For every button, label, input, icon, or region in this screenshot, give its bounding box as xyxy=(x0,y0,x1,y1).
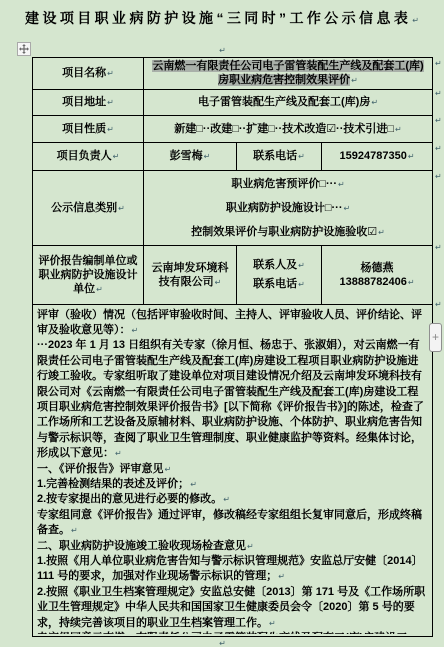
side-plus-button[interactable]: + xyxy=(429,323,442,352)
empty-paragraph-top: ↵ xyxy=(0,40,444,58)
paragraph-mark-icon: ↵ xyxy=(107,125,114,134)
category-option: 职业病危害预评价□···↵ xyxy=(148,172,428,196)
review-paragraph-text: 二、职业病防护设施竣工验收现场检查意见 xyxy=(37,540,246,552)
review-paragraph: 1.完善检测结果的表述及评价；↵ xyxy=(37,477,428,492)
paragraph-mark-icon: ↵ xyxy=(215,278,222,287)
project-name-label: 项目名称 xyxy=(62,67,106,79)
review-paragraph-text: ···2023 年 1 月 13 日组织有关专家（徐月恒、杨忠于、张淑娟），对云… xyxy=(37,339,424,459)
paragraph-mark-icon: ↵ xyxy=(435,144,442,153)
paragraph-mark-icon: ↵ xyxy=(115,449,122,458)
review-paragraph-text: 专家组同意《评价报告》通过评审，修改稿经专家组组长复审同意后，形成终稿备查。 xyxy=(37,509,422,536)
paragraph-mark-icon: ↵ xyxy=(190,480,197,489)
review-paragraph: 2.按照《职业卫生档案管理规定》安监总安健〔2013〕第 171 号及《工作场所… xyxy=(37,585,428,631)
paragraph-mark-icon: ↵ xyxy=(132,326,139,335)
report-unit-label-cell: 评价报告编制单位或职业病防护设施设计单位↵ xyxy=(33,246,144,305)
review-paragraph: ···2023 年 1 月 13 日组织有关专家（徐月恒、杨忠于、张淑娟），对云… xyxy=(37,338,428,461)
review-paragraph: 2.按专家提出的意见进行必要的修改。↵ xyxy=(37,492,428,507)
row-project-name: 项目名称↵ 云南燃一有限责任公司电子雷管装配生产线及配套工(库)房职业病危害控制… xyxy=(33,58,433,90)
paragraph-mark-icon: ↵ xyxy=(165,465,172,474)
project-leader-name-cell: 彭雪梅↵ xyxy=(144,143,237,171)
review-paragraph-text: 1.按照《用人单位职业病危害告知与警示标识管理规范》安监总厅安健〔2014〕11… xyxy=(37,555,423,582)
project-name-label-cell: 项目名称↵ xyxy=(33,58,144,90)
paragraph-mark-icon: ↵ xyxy=(343,204,350,213)
review-paragraph: 二、职业病防护设施竣工验收现场检查意见↵ xyxy=(37,539,428,554)
paragraph-mark-icon: ↵ xyxy=(298,280,305,289)
review-paragraph-text: 评审（验收）情况（包括评审验收时间、主持人、评审验收人员、评价结论、评审及验收意… xyxy=(37,309,422,336)
move-arrows-icon xyxy=(19,44,29,54)
paragraph-mark-icon: ↵ xyxy=(113,152,120,161)
paragraph-mark-icon: ↵ xyxy=(351,76,358,85)
paragraph-mark-icon: ↵ xyxy=(298,152,305,161)
project-leader-label-cell: 项目负责人↵ xyxy=(33,143,144,171)
paragraph-mark-icon: ↵ xyxy=(371,98,378,107)
phone-value: 15924787350 xyxy=(340,150,407,162)
review-paragraph-text: 1.完善检测结果的表述及评价； xyxy=(37,478,189,490)
row-project-address: 项目地址↵ 电子雷管装配生产线及配套工(库)房↵ xyxy=(33,90,433,116)
row-review-section: 评审（验收）情况（包括评审验收时间、主持人、评审验收人员、评价结论、评审及验收意… xyxy=(33,305,433,637)
paragraph-mark-icon: ↵ xyxy=(338,180,345,189)
category-options-list: 职业病危害预评价□···↵职业病防护设施设计□···↵控制效果评价与职业病防护设… xyxy=(148,172,428,244)
row-project-nature: 项目性质↵ 新建□··改建□··扩建□··技术改造☑··技术引进□↵ xyxy=(33,116,433,143)
phone-label: 联系电话 xyxy=(253,150,297,162)
title-text: 建设项目职业病防护设施“三同时”工作公示信息表 xyxy=(25,10,411,26)
paragraph-mark-icon: ↵ xyxy=(269,619,276,628)
paragraph-mark-icon: ↵ xyxy=(278,572,285,581)
paragraph-mark-icon: ↵ xyxy=(219,639,226,647)
report-unit-org-cell: 云南坤发环境科技有限公司↵ xyxy=(144,246,237,305)
project-address-value: 电子雷管装配生产线及配套工(库)房 xyxy=(198,96,370,108)
review-section-cell: 评审（验收）情况（包括评审验收时间、主持人、评审验收人员、评价结论、评审及验收意… xyxy=(33,305,433,637)
paragraph-mark-icon: ↵ xyxy=(435,300,442,309)
project-leader-label: 项目负责人 xyxy=(57,150,112,162)
paragraph-mark-icon: ↵ xyxy=(435,89,442,98)
review-paragraphs: 评审（验收）情况（包括评审验收时间、主持人、评审验收人员、评价结论、评审及验收意… xyxy=(37,308,428,634)
report-unit-label: 评价报告编制单位或职业病防护设施设计单位 xyxy=(39,255,138,295)
table-move-handle[interactable] xyxy=(17,42,31,56)
paragraph-mark-icon: ↵ xyxy=(71,526,78,535)
project-leader-name: 彭雪梅 xyxy=(170,150,203,162)
contact-label-line2: 联系电话↵ xyxy=(241,275,317,294)
paragraph-mark-icon: ↵ xyxy=(412,16,419,25)
contact-label-text2: 联系电话 xyxy=(253,278,297,290)
paragraph-mark-icon: ↵ xyxy=(408,152,415,161)
phone-value-cell: 15924787350↵ xyxy=(322,143,433,171)
review-paragraph-text: 2.按专家提出的意见进行必要的修改。 xyxy=(37,493,222,505)
paragraph-mark-icon: ↵ xyxy=(247,542,254,551)
project-nature-options: 新建□··改建□··扩建□··技术改造☑··技术引进□ xyxy=(174,123,394,135)
project-nature-checkboxes-cell: 新建□··改建□··扩建□··技术改造☑··技术引进□↵ xyxy=(144,116,433,143)
paragraph-mark-icon: ↵ xyxy=(107,69,114,78)
paragraph-mark-icon: ↵ xyxy=(219,46,226,55)
paragraph-mark-icon: ↵ xyxy=(96,285,103,294)
paragraph-mark-icon: ↵ xyxy=(435,172,442,181)
project-address-label: 项目地址 xyxy=(62,96,106,108)
category-option-text: 职业病防护设施设计□··· xyxy=(226,202,343,214)
contact-label-cell: 联系人及↵ 联系电话↵ xyxy=(237,246,322,305)
review-paragraph-text: 一、《评价报告》评审意见 xyxy=(37,463,164,475)
paragraph-mark-icon: ↵ xyxy=(378,228,385,237)
category-option: 控制效果评价与职业病防护设施验收☑↵ xyxy=(148,220,428,244)
paragraph-mark-icon: ↵ xyxy=(223,495,230,504)
paragraph-mark-icon: ↵ xyxy=(435,116,442,125)
paragraph-mark-icon: ↵ xyxy=(408,278,415,287)
row-publicity-category: 公示信息类别↵ 职业病危害预评价□···↵职业病防护设施设计□···↵控制效果评… xyxy=(33,171,433,246)
project-nature-label: 项目性质 xyxy=(62,123,106,135)
review-paragraph: 1.按照《用人单位职业病危害告知与警示标识管理规范》安监总厅安健〔2014〕11… xyxy=(37,554,428,585)
contact-label-line1: 联系人及↵ xyxy=(241,256,317,275)
document-title: 建设项目职业病防护设施“三同时”工作公示信息表↵ xyxy=(0,8,444,28)
project-nature-label-cell: 项目性质↵ xyxy=(33,116,144,143)
category-option-text: 控制效果评价与职业病防护设施验收☑ xyxy=(191,226,377,238)
empty-paragraph-bottom: ↵ xyxy=(0,633,444,647)
paragraph-mark-icon: ↵ xyxy=(118,204,125,213)
project-address-label-cell: 项目地址↵ xyxy=(33,90,144,116)
contact-label-text1: 联系人及 xyxy=(253,259,297,271)
paragraph-mark-icon: ↵ xyxy=(395,125,402,134)
contact-value-cell: 杨德燕 13888782406↵ xyxy=(322,246,433,305)
project-name-value-selected: 云南燃一有限责任公司电子雷管装配生产线及配套工(库)房职业病危害控制效果评价 xyxy=(152,60,423,86)
row-report-unit: 评价报告编制单位或职业病防护设施设计单位↵ 云南坤发环境科技有限公司↵ 联系人及… xyxy=(33,246,433,305)
publicity-category-label-cell: 公示信息类别↵ xyxy=(33,171,144,246)
review-paragraph: 一、《评价报告》评审意见↵ xyxy=(37,462,428,477)
row-project-leader: 项目负责人↵ 彭雪梅↵ 联系电话↵ 15924787350↵ xyxy=(33,143,433,171)
phone-label-cell: 联系电话↵ xyxy=(237,143,322,171)
document-page: 建设项目职业病防护设施“三同时”工作公示信息表↵ ↵ 项目名称↵ 云南燃一有限责… xyxy=(0,0,444,647)
paragraph-mark-icon: ↵ xyxy=(435,243,442,252)
publicity-category-label: 公示信息类别 xyxy=(51,202,117,214)
project-name-value-cell: 云南燃一有限责任公司电子雷管装配生产线及配套工(库)房职业病危害控制效果评价↵ xyxy=(144,58,433,90)
paragraph-mark-icon: ↵ xyxy=(204,152,211,161)
publicity-category-options-cell: 职业病危害预评价□···↵职业病防护设施设计□···↵控制效果评价与职业病防护设… xyxy=(144,171,433,246)
paragraph-mark-icon: ↵ xyxy=(107,98,114,107)
review-paragraph: 专家组同意《评价报告》通过评审，修改稿经专家组组长复审同意后，形成终稿备查。↵ xyxy=(37,508,428,539)
paragraph-mark-icon: ↵ xyxy=(298,261,305,270)
category-option-text: 职业病危害预评价□··· xyxy=(231,178,337,190)
review-paragraph-text: 2.按照《职业卫生档案管理规定》安监总安健〔2013〕第 171 号及《工作场所… xyxy=(37,586,425,629)
publicity-info-table: 项目名称↵ 云南燃一有限责任公司电子雷管装配生产线及配套工(库)房职业病危害控制… xyxy=(32,57,433,637)
project-address-value-cell: 电子雷管装配生产线及配套工(库)房↵ xyxy=(144,90,433,116)
paragraph-mark-icon: ↵ xyxy=(435,59,442,68)
category-option: 职业病防护设施设计□···↵ xyxy=(148,196,428,220)
contact-value: 杨德燕 13888782406 xyxy=(340,262,407,288)
review-paragraph: 评审（验收）情况（包括评审验收时间、主持人、评审验收人员、评价结论、评审及验收意… xyxy=(37,308,428,339)
